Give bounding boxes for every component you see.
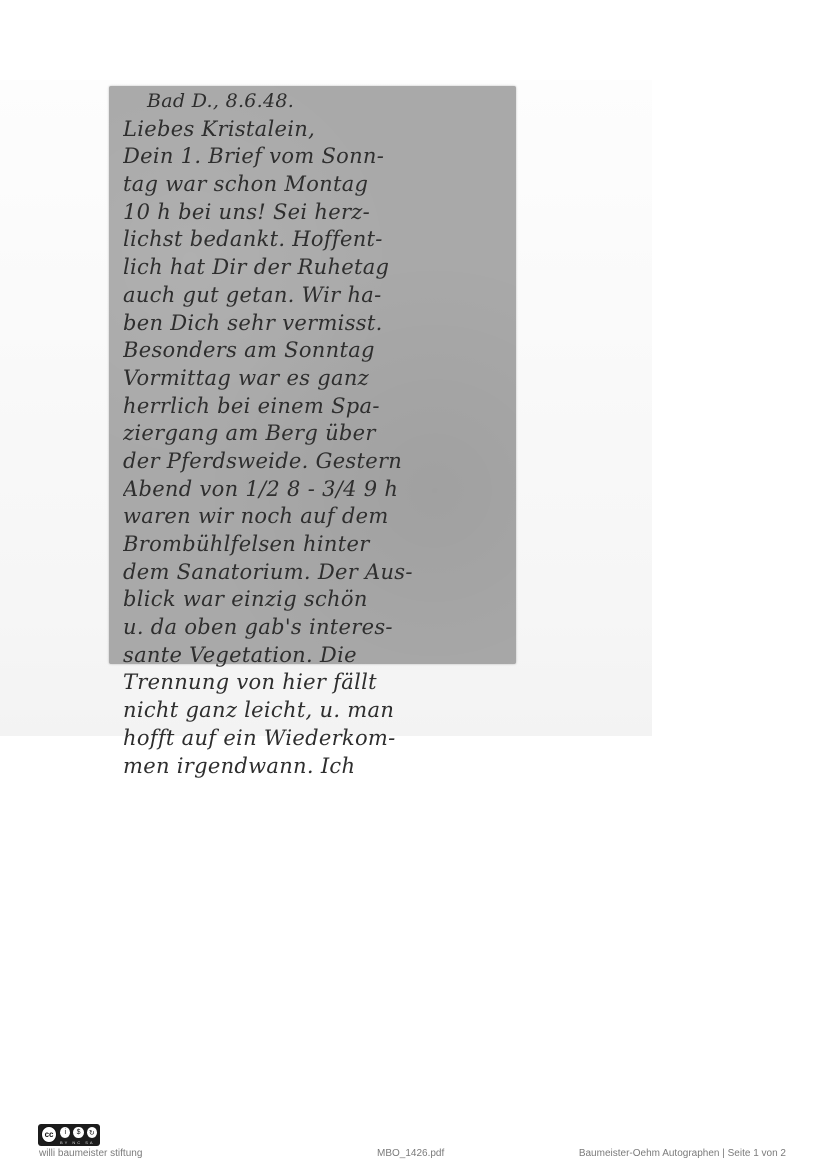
- letter-line: hofft auf ein Wiederkom-: [123, 725, 508, 753]
- cc-labels: BY NC SA: [60, 1140, 95, 1145]
- letter-line: ziergang am Berg über: [123, 420, 508, 448]
- letter-line: auch gut getan. Wir ha-: [123, 282, 508, 310]
- cc-license-badge[interactable]: cc i $ ↻ BY NC SA: [38, 1124, 100, 1146]
- letter-line: sante Vegetation. Die: [123, 642, 508, 670]
- letter-line: men irgendwann. Ich: [123, 753, 508, 781]
- letter-line: ben Dich sehr vermisst.: [123, 310, 508, 338]
- letter-line: Vormittag war es ganz: [123, 365, 508, 393]
- letter-line: 10 h bei uns! Sei herz-: [123, 199, 508, 227]
- letter-line: Abend von 1/2 8 - 3/4 9 h: [123, 476, 508, 504]
- letter-line: waren wir noch auf dem: [123, 503, 508, 531]
- letter-line: tag war schon Montag: [123, 171, 508, 199]
- letter-line: dem Sanatorium. Der Aus-: [123, 559, 508, 587]
- letter-line: Dein 1. Brief vom Sonn-: [123, 143, 508, 171]
- handwritten-letter-scan: Bad D., 8.6.48.Liebes Kristalein,Dein 1.…: [109, 86, 516, 664]
- cc-icon: cc: [41, 1126, 57, 1143]
- letter-line: Liebes Kristalein,: [123, 116, 508, 144]
- letter-line: nicht ganz leicht, u. man: [123, 697, 508, 725]
- letter-line: Brombühlfelsen hinter: [123, 531, 508, 559]
- letter-line: herrlich bei einem Spa-: [123, 393, 508, 421]
- letter-line: Trennung von hier fällt: [123, 669, 508, 697]
- nc-icon: $: [73, 1127, 83, 1138]
- footer-filename: MBO_1426.pdf: [377, 1148, 444, 1159]
- letter-line: der Pferdsweide. Gestern: [123, 448, 508, 476]
- letter-line: lichst bedankt. Hoffent-: [123, 226, 508, 254]
- letter-line: Besonders am Sonntag: [123, 337, 508, 365]
- letter-line: u. da oben gab's interes-: [123, 614, 508, 642]
- footer-organization: willi baumeister stiftung: [39, 1148, 142, 1159]
- letter-text: Bad D., 8.6.48.Liebes Kristalein,Dein 1.…: [123, 88, 508, 780]
- letter-line: Bad D., 8.6.48.: [123, 88, 508, 116]
- letter-line: blick war einzig schön: [123, 586, 508, 614]
- by-icon: i: [60, 1127, 70, 1138]
- letter-line: lich hat Dir der Ruhetag: [123, 254, 508, 282]
- sa-icon: ↻: [87, 1127, 97, 1138]
- footer-series-page: Baumeister-Oehm Autographen | Seite 1 vo…: [579, 1148, 786, 1159]
